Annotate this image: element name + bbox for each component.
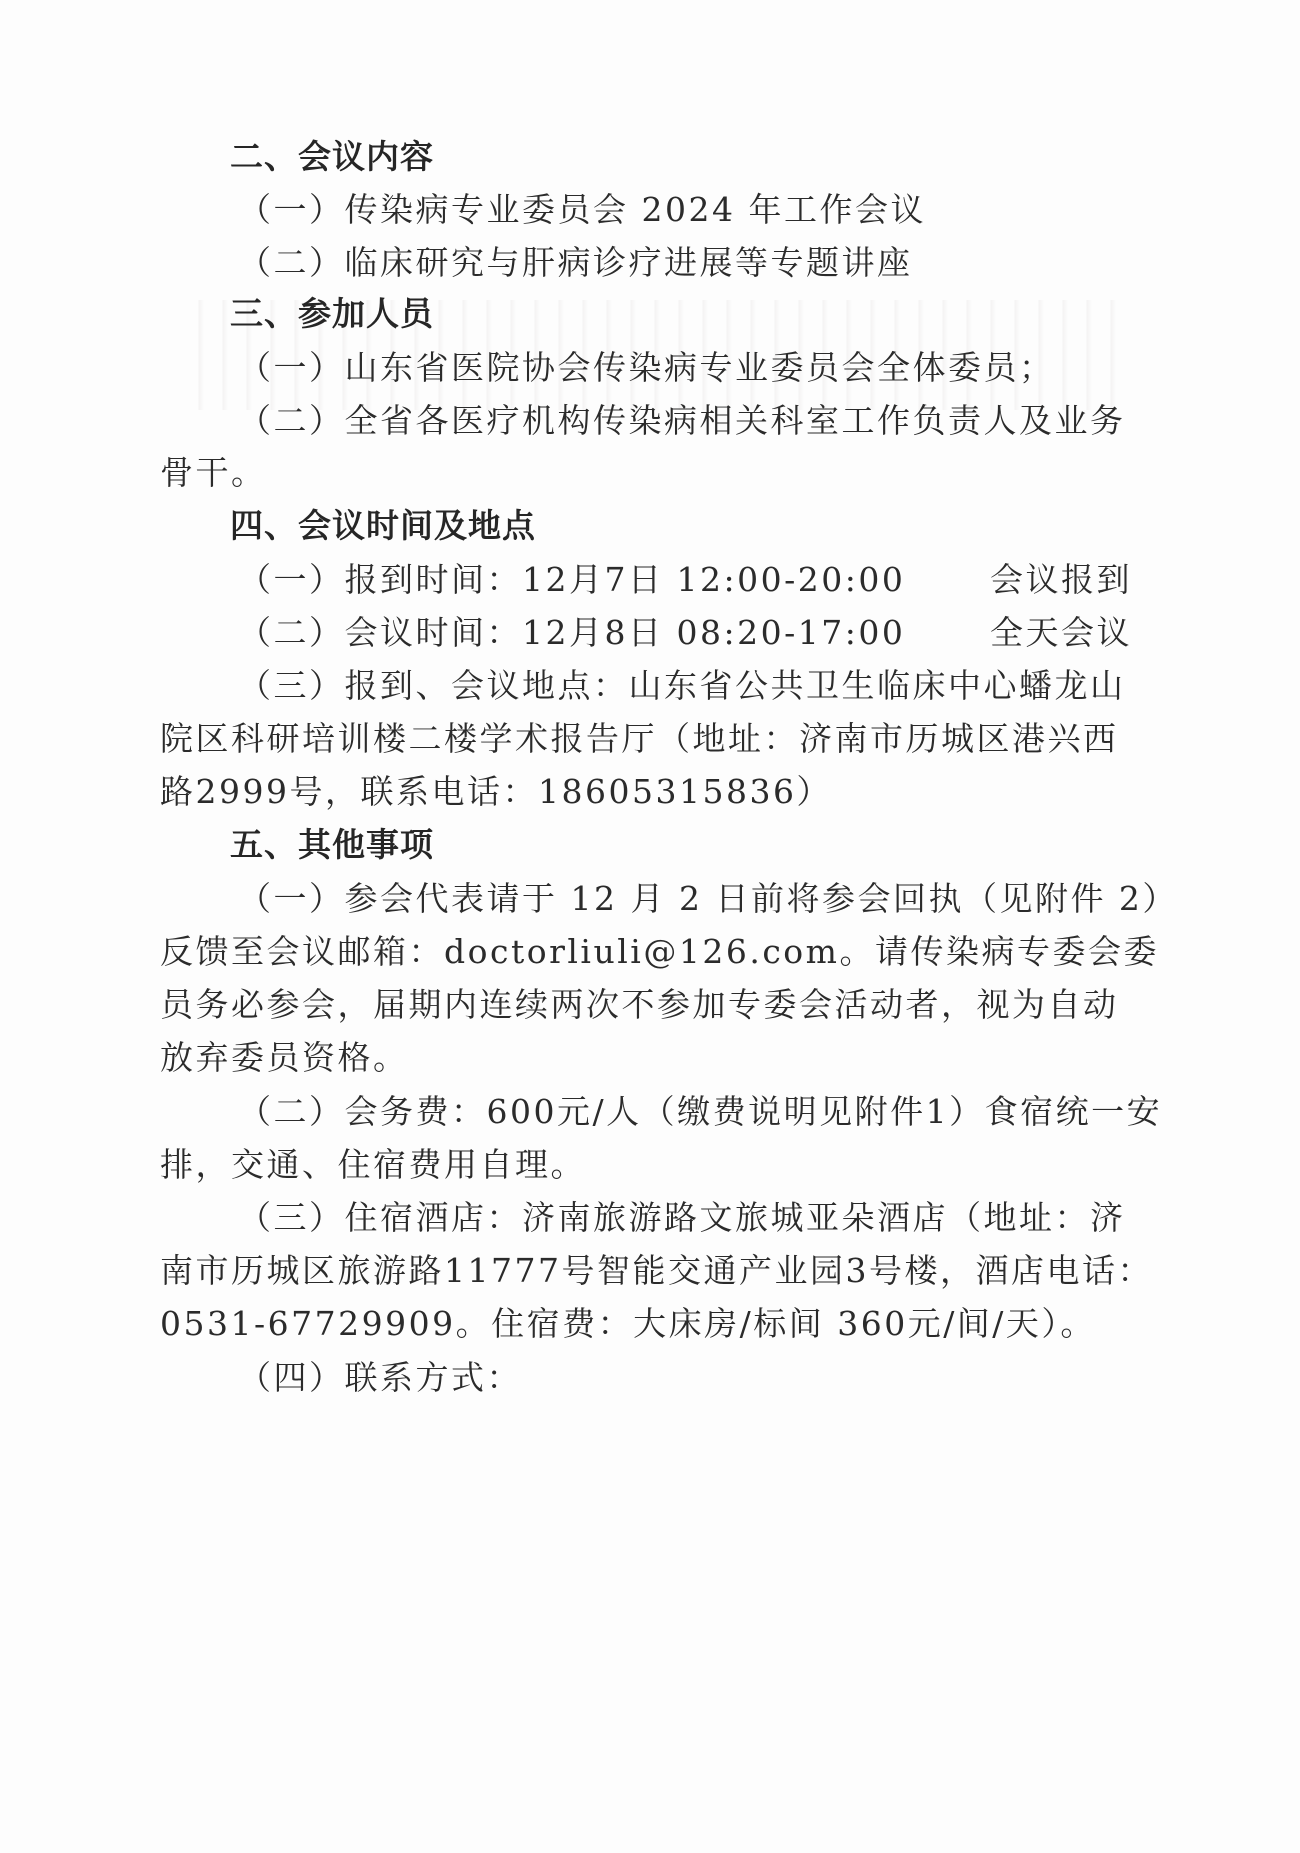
other-line-8: 南市历城区旅游路11777号智能交通产业园3号楼，酒店电话： [160,1251,1153,1291]
venue-line-1: （三）报到、会议地点：山东省公共卫生临床中心蟠龙山 [238,666,1126,706]
section-heading-meeting-content: 二、会议内容 [230,137,434,177]
section-heading-participants: 三、参加人员 [230,294,434,334]
schedule-checkin-note: 会议报到 [990,560,1132,600]
other-line-2-email: 反馈至会议邮箱：doctorliuli@126.com。请传染病专委会委 [160,932,1159,972]
section-heading-other-matters: 五、其他事项 [230,825,434,865]
schedule-meeting-note: 全天会议 [990,613,1132,653]
other-line-10-contact: （四）联系方式： [238,1358,522,1398]
other-line-6: 排，交通、住宿费用自理。 [160,1145,586,1185]
venue-line-2: 院区科研培训楼二楼学术报告厅（地址：济南市历城区港兴西 [160,719,1119,759]
other-line-5-fee: （二）会务费：600元/人（缴费说明见附件1）食宿统一安 [238,1092,1162,1132]
meeting-content-item-2: （二）临床研究与肝病诊疗进展等专题讲座 [238,243,913,283]
meeting-content-item-1: （一）传染病专业委员会 2024 年工作会议 [238,190,926,230]
other-line-1: （一）参会代表请于 12 月 2 日前将参会回执（见附件 2） [238,879,1178,919]
schedule-checkin-time: （一）报到时间：12月7日 12:00-20:00 [238,560,905,600]
other-line-3: 员务必参会，届期内连续两次不参加专委会活动者，视为自动 [160,985,1119,1025]
other-line-7-hotel: （三）住宿酒店：济南旅游路文旅城亚朵酒店（地址：济 [238,1198,1126,1238]
section-heading-time-venue: 四、会议时间及地点 [230,506,536,546]
participants-item-1: （一）山东省医院协会传染病专业委员会全体委员； [238,348,1055,388]
participants-item-2: （二）全省各医疗机构传染病相关科室工作负责人及业务 [238,401,1126,441]
other-line-4: 放弃委员资格。 [160,1038,409,1078]
schedule-meeting-time: （二）会议时间：12月8日 08:20-17:00 [238,613,905,653]
document-page: 二、会议内容 （一）传染病专业委员会 2024 年工作会议 （二）临床研究与肝病… [0,0,1300,1853]
participants-item-2-cont: 骨干。 [160,453,267,493]
other-line-9: 0531-67729909。住宿费：大床房/标间 360元/间/天）。 [160,1304,1096,1344]
venue-line-3: 路2999号，联系电话：18605315836） [160,772,832,812]
